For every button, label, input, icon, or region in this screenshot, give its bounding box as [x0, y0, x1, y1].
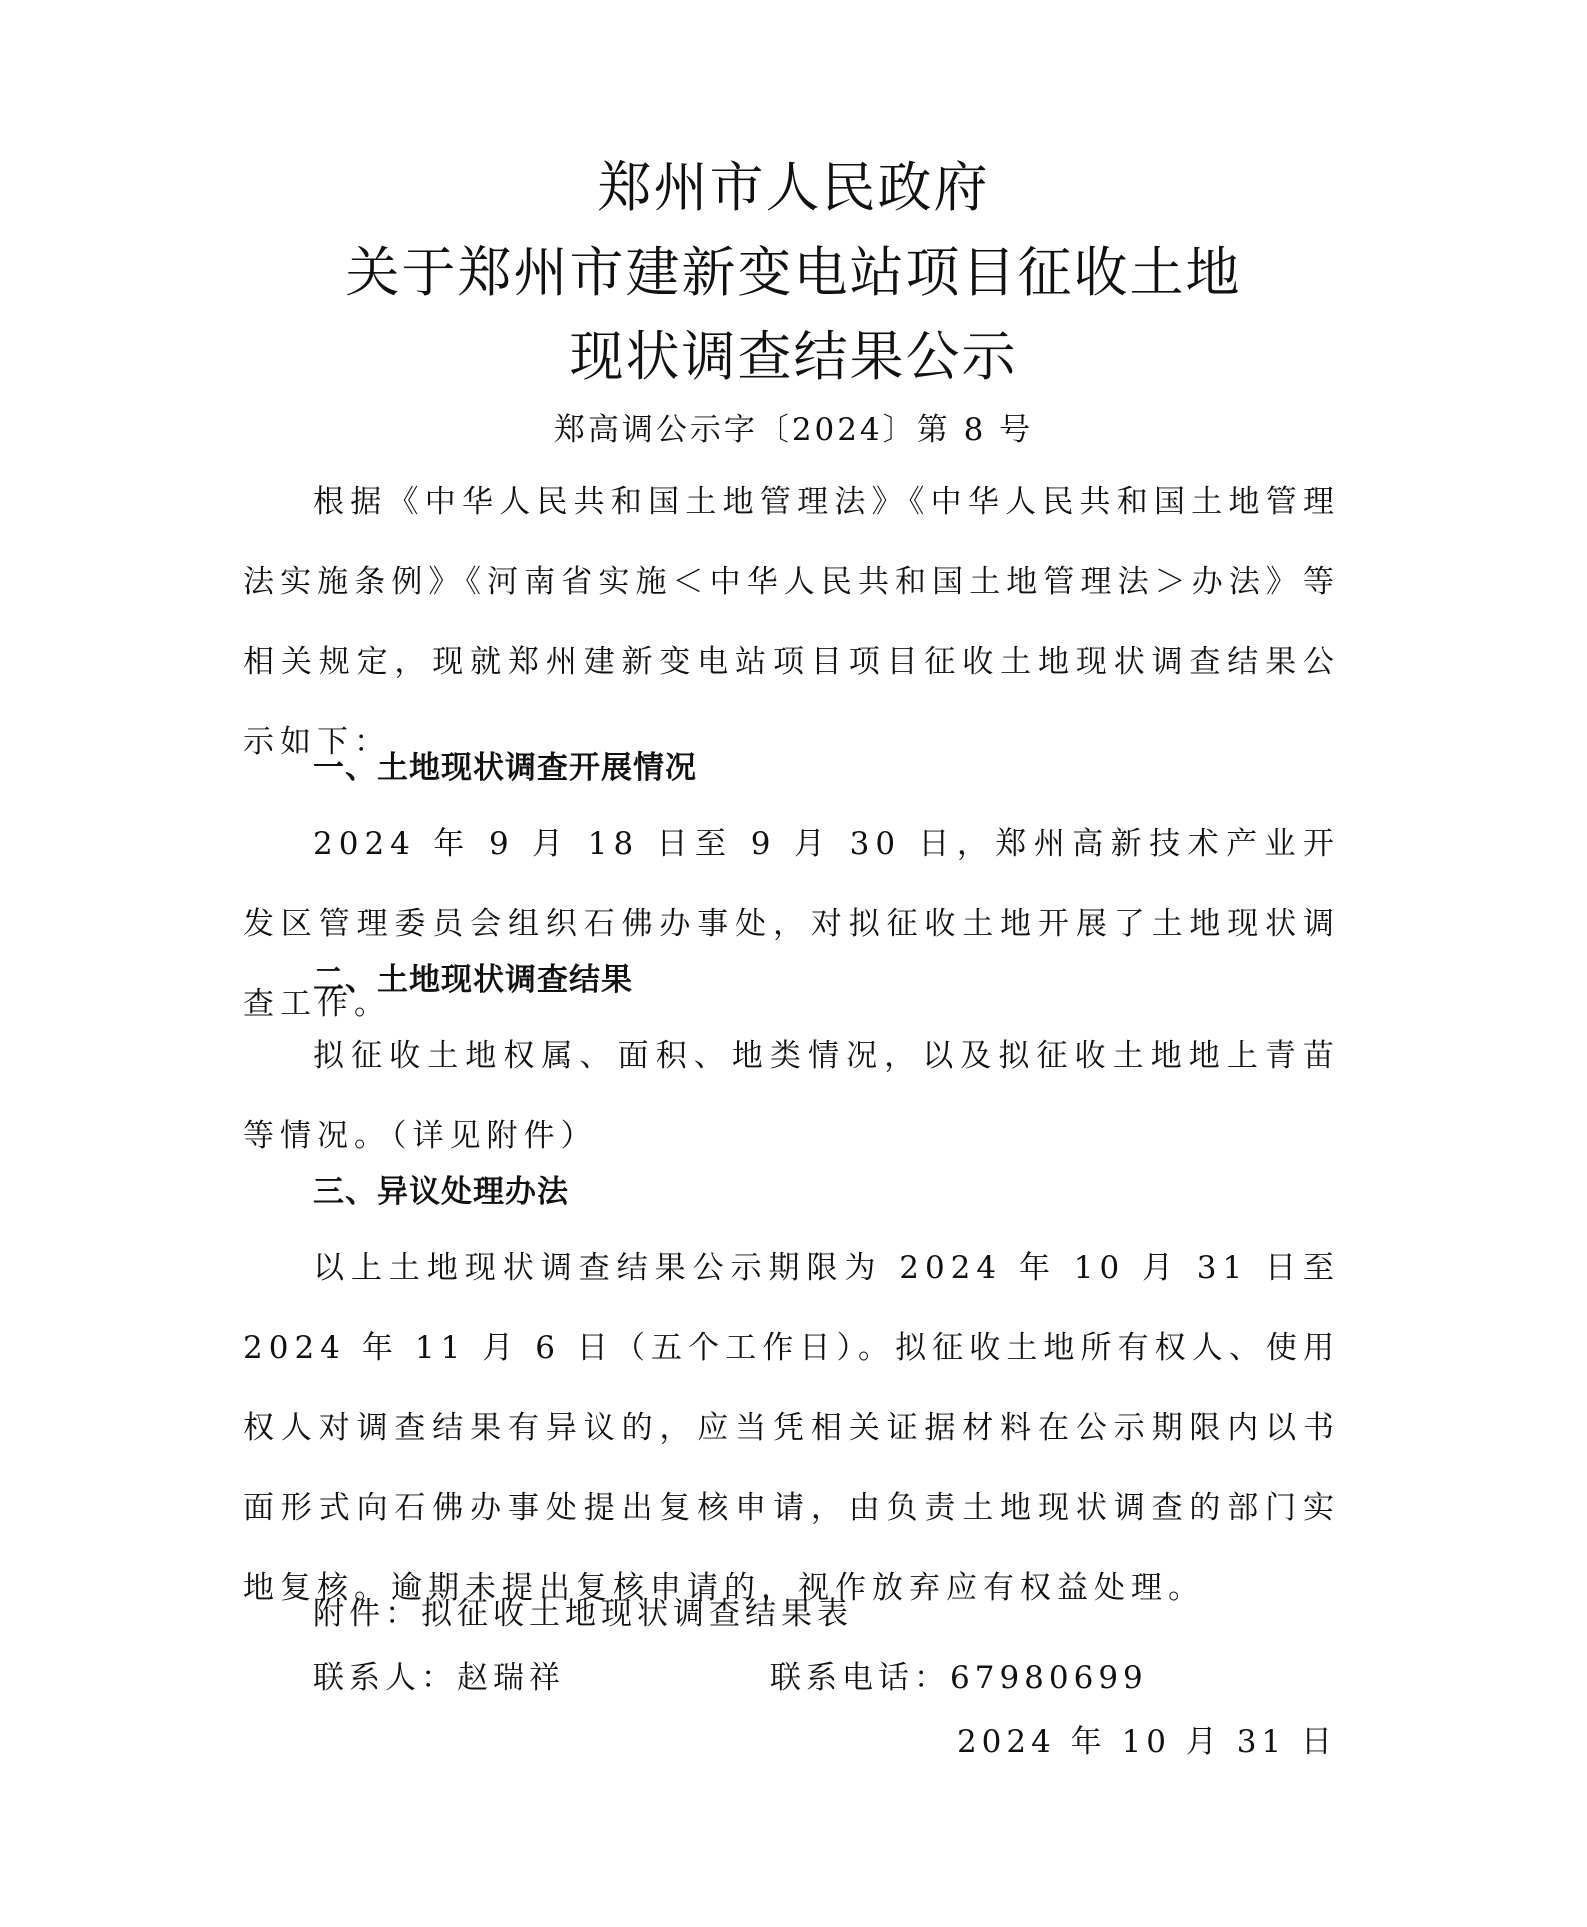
attachment-line: 附件：拟征收土地现状调查结果表 [313, 1592, 853, 1636]
title-line-2: 关于郑州市建新变电站项目征收土地 [0, 238, 1587, 308]
section-2-heading: 二、土地现状调查结果 [313, 958, 633, 1002]
intro-paragraph: 根据《中华人民共和国土地管理法》《中华人民共和国土地管理法实施条例》《河南省实施… [243, 462, 1340, 782]
title-line-1: 郑州市人民政府 [0, 153, 1587, 223]
contact-person: 联系人：赵瑞祥 [313, 1656, 565, 1700]
document-date: 2024 年 10 月 31 日 [957, 1720, 1337, 1764]
document-page: 郑州市人民政府 关于郑州市建新变电站项目征收土地 现状调查结果公示 郑高调公示字… [0, 0, 1587, 1927]
section-1-heading: 一、土地现状调查开展情况 [313, 746, 697, 790]
section-1-body: 2024 年 9 月 18 日至 9 月 30 日，郑州高新技术产业开发区管理委… [243, 804, 1340, 1044]
contact-phone: 联系电话：67980699 [770, 1656, 1148, 1700]
section-3-heading: 三、异议处理办法 [313, 1170, 569, 1214]
document-number: 郑高调公示字〔2024〕第 8 号 [0, 408, 1587, 452]
section-3-body: 以上土地现状调查结果公示期限为 2024 年 10 月 31 日至 2024 年… [243, 1228, 1340, 1628]
title-line-3: 现状调查结果公示 [0, 322, 1587, 392]
section-2-body: 拟征收土地权属、面积、地类情况，以及拟征收土地地上青苗等情况。（详见附件） [243, 1016, 1340, 1176]
